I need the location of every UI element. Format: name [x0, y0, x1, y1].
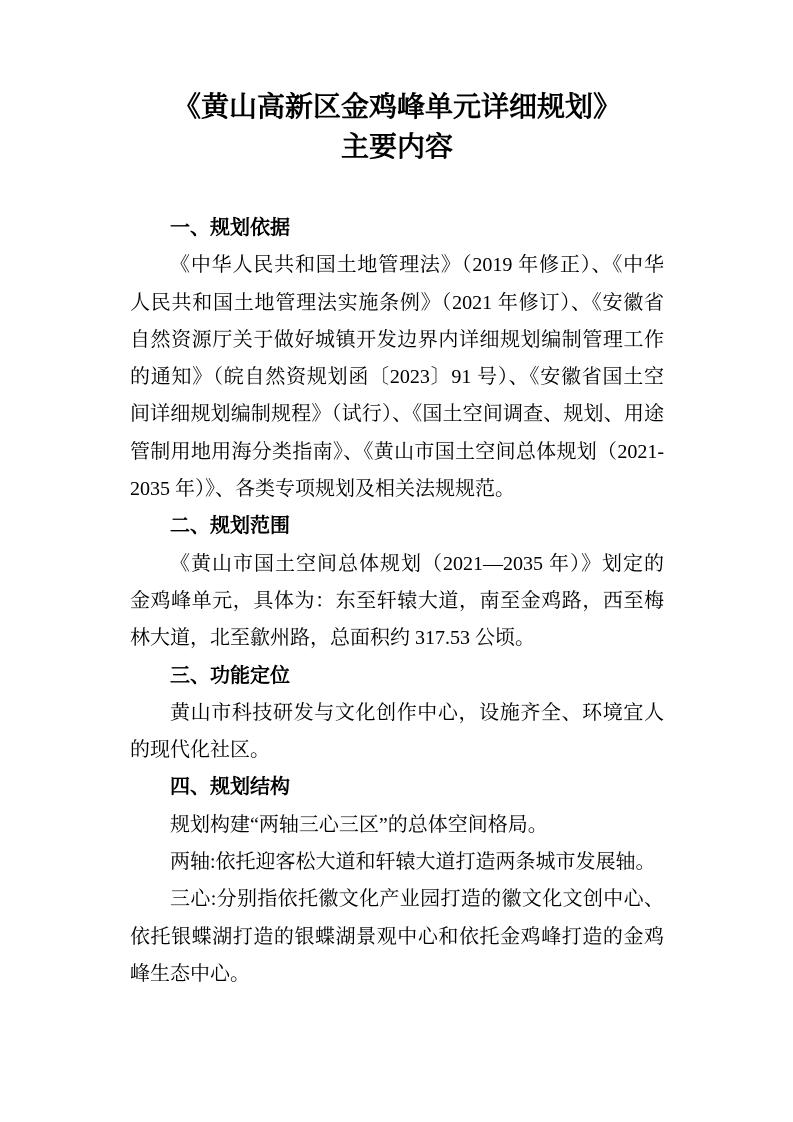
document-body: 一、规划依据 《中华人民共和国土地管理法》（2019 年修正）、《中华人民共和国… — [130, 210, 664, 993]
paragraph-planning-structure-three-centers: 三心:分别指依托徽文化产业园打造的徽文化文创中心、依托银蝶湖打造的银蝶湖景观中心… — [130, 881, 664, 993]
section-heading-planning-structure: 四、规划结构 — [130, 769, 664, 806]
paragraph-planning-basis: 《中华人民共和国土地管理法》（2019 年修正）、《中华人民共和国土地管理法实施… — [130, 247, 664, 508]
section-heading-functional-positioning: 三、功能定位 — [130, 658, 664, 695]
paragraph-functional-positioning: 黄山市科技研发与文化创作中心，设施齐全、环境宜人的现代化社区。 — [130, 695, 664, 770]
paragraph-planning-scope: 《黄山市国土空间总体规划（2021—2035 年）》划定的金鸡峰单元，具体为：东… — [130, 546, 664, 658]
document-page: 《黄山高新区金鸡峰单元详细规划》 主要内容 一、规划依据 《中华人民共和国土地管… — [0, 0, 793, 1122]
document-title-line-2: 主要内容 — [130, 128, 664, 168]
document-content: 《黄山高新区金鸡峰单元详细规划》 主要内容 一、规划依据 《中华人民共和国土地管… — [130, 88, 664, 993]
section-heading-planning-scope: 二、规划范围 — [130, 508, 664, 545]
paragraph-planning-structure-two-axes: 两轴:依托迎客松大道和轩辕大道打造两条城市发展轴。 — [130, 844, 664, 881]
section-heading-planning-basis: 一、规划依据 — [130, 210, 664, 247]
document-title: 《黄山高新区金鸡峰单元详细规划》 主要内容 — [130, 88, 664, 168]
document-title-line-1: 《黄山高新区金鸡峰单元详细规划》 — [130, 88, 664, 128]
paragraph-planning-structure-overall: 规划构建“两轴三心三区”的总体空间格局。 — [130, 807, 664, 844]
